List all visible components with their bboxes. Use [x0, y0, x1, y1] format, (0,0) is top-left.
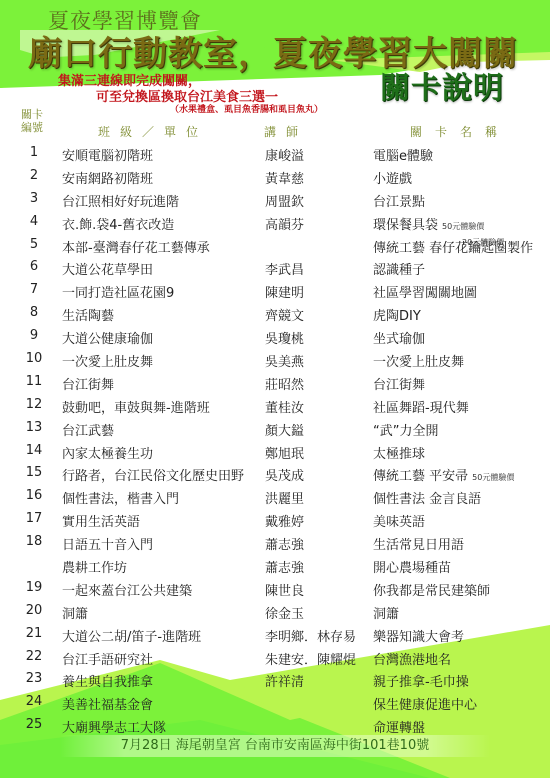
row-teacher: 戴雅婷 [265, 511, 304, 530]
table-row: 11台江街舞莊昭然台江街舞 [0, 371, 550, 394]
table-row: 農耕工作坊蕭志強開心農場種苗 [0, 554, 550, 577]
row-teacher: 蕭志強 [265, 557, 304, 576]
row-level-text: 一次愛上肚皮舞 [373, 355, 464, 370]
row-teacher: 周盟欽 [265, 191, 304, 210]
column-header-number-line2: 編號 [21, 121, 43, 134]
table-row: 16個性書法，楷書入門洪麗里個性書法 金言良語 [0, 485, 550, 508]
table-row: 12鼓動吧，車鼓與舞-進階班董桂汝社區舞蹈-現代舞 [0, 394, 550, 417]
row-level-text: 你我都是常民建築師 [373, 584, 490, 599]
row-number: 25 [22, 717, 46, 732]
table-row: 22台江手語研究社朱建安．陳耀焜台灣漁港地名 [0, 646, 550, 669]
row-teacher: 蕭志強 [265, 534, 304, 553]
table-row: 5本部-臺灣春仔花工藝傳承傳統工藝 春仔花鑰匙圈製作20元體驗價 [0, 234, 550, 257]
row-level-text: 樂器知識大會考 [373, 630, 464, 645]
table-row: 13台江武藝顏大鎰“武”力全開 [0, 417, 550, 440]
row-class: 台江街舞 [62, 374, 114, 393]
row-number: 19 [22, 580, 46, 595]
row-class: 一次愛上肚皮舞 [62, 351, 153, 370]
row-number: 15 [22, 465, 46, 480]
column-header-level: 關卡名稱 [410, 123, 510, 140]
row-level-text: 開心農場種苗 [373, 561, 451, 576]
row-teacher: 陳建明 [265, 282, 304, 301]
row-level: 親子推拿-毛巾操 [373, 671, 469, 690]
row-level: 命運轉盤 [373, 717, 425, 736]
table-row: 7一同打造社區花園9陳建明社區學習闖關地圖 [0, 279, 550, 302]
table-row: 8生活陶藝齊競文虎陶DIY [0, 302, 550, 325]
row-teacher: 康峻溢 [265, 145, 304, 164]
row-level: 洞簫 [373, 603, 399, 622]
row-level-text: 環保餐具袋 [373, 218, 438, 233]
row-level-text: 美味英語 [373, 515, 425, 530]
row-level-text: 個性書法 金言良語 [373, 492, 481, 507]
row-number: 22 [22, 649, 46, 664]
row-class: 一起來蓋台江公共建築 [62, 580, 192, 599]
row-level: 你我都是常民建築師 [373, 580, 490, 599]
row-level-text: 社區學習闖關地圖 [373, 286, 477, 301]
row-number: 3 [22, 191, 46, 206]
row-level: 坐式瑜伽 [373, 328, 425, 347]
section-title: 關卡說明 [380, 63, 504, 107]
row-level-text: 親子推拿-毛巾操 [373, 675, 469, 690]
row-level: 保生健康促進中心 [373, 694, 477, 713]
table-row: 14內家太極養生功鄭旭珉太極推球 [0, 440, 550, 463]
row-class: 鼓動吧，車鼓與舞-進階班 [62, 397, 210, 416]
table-row: 20洞簫徐金玉洞簫 [0, 600, 550, 623]
column-header-teacher: 講師 [264, 123, 308, 140]
row-teacher: 朱建安．陳耀焜 [265, 649, 356, 668]
table-row: 25大廟興學志工大隊命運轉盤 [0, 714, 550, 737]
row-number: 13 [22, 420, 46, 435]
table-row: 9大道公健康瑜伽吳瓊桃坐式瑜伽 [0, 325, 550, 348]
table-row: 1安順電腦初階班康峻溢電腦e體驗 [0, 142, 550, 165]
row-class: 台江武藝 [62, 420, 114, 439]
row-number: 24 [22, 694, 46, 709]
row-level-text: 保生健康促進中心 [373, 698, 477, 713]
row-level-text: 台江街舞 [373, 378, 425, 393]
table-row: 4衣.飾.袋4-舊衣改造高韻芬環保餐具袋50元體驗價 [0, 211, 550, 234]
row-teacher: 陳世良 [265, 580, 304, 599]
row-class: 大道公二胡/笛子-進階班 [62, 626, 201, 645]
table-row: 21大道公二胡/笛子-進階班李明鄉．林存易樂器知識大會考 [0, 623, 550, 646]
row-number: 8 [22, 305, 46, 320]
row-number: 10 [22, 351, 46, 366]
row-class: 養生與自我推拿 [62, 671, 153, 690]
row-level: 一次愛上肚皮舞 [373, 351, 464, 370]
row-number: 21 [22, 626, 46, 641]
table-row: 3台江照相好好玩進階周盟欽台江景點 [0, 188, 550, 211]
row-level-text: 生活常見日用語 [373, 538, 464, 553]
row-level: “武”力全開 [373, 420, 438, 439]
row-level-text: 認識種子 [373, 263, 425, 278]
row-number: 14 [22, 443, 46, 458]
row-level-text: 太極推球 [373, 447, 425, 462]
row-level: 社區舞蹈-現代舞 [373, 397, 469, 416]
row-level-text: 傳統工藝 春仔花鑰匙圈製作 [373, 241, 533, 256]
promo-line-3: （水果禮盒、虱目魚香腸和虱目魚丸） [170, 102, 323, 115]
row-teacher: 鄭旭珉 [265, 443, 304, 462]
row-level: 樂器知識大會考 [373, 626, 464, 645]
row-level-text: 台江景點 [373, 195, 425, 210]
row-class: 行路者，台江民俗文化歷史田野 [62, 465, 244, 484]
row-level-text: 小遊戲 [373, 172, 412, 187]
row-level: 認識種子 [373, 259, 425, 278]
row-teacher: 高韻芬 [265, 214, 304, 233]
row-level-text: 台灣漁港地名 [373, 653, 451, 668]
row-number: 4 [22, 214, 46, 229]
row-number: 2 [22, 168, 46, 183]
row-number: 7 [22, 282, 46, 297]
row-level-text: 傳統工藝 平安帚 [373, 469, 468, 484]
row-teacher: 齊競文 [265, 305, 304, 324]
row-number: 23 [22, 671, 46, 686]
row-class: 農耕工作坊 [62, 557, 127, 576]
table-row: 24美善社福基金會保生健康促進中心 [0, 691, 550, 714]
row-teacher: 洪麗里 [265, 488, 304, 507]
row-level: 虎陶DIY [373, 305, 421, 324]
row-number: 6 [22, 259, 46, 274]
column-header-number: 關卡 編號 [21, 108, 43, 134]
row-class: 大廟興學志工大隊 [62, 717, 166, 736]
table-row: 10一次愛上肚皮舞吳美燕一次愛上肚皮舞 [0, 348, 550, 371]
row-level-text: 虎陶DIY [373, 309, 421, 324]
row-class: 生活陶藝 [62, 305, 114, 324]
row-class: 衣.飾.袋4-舊衣改造 [62, 214, 174, 233]
row-teacher: 李明鄉．林存易 [265, 626, 356, 645]
row-level: 傳統工藝 春仔花鑰匙圈製作 [373, 237, 533, 256]
row-class: 實用生活英語 [62, 511, 140, 530]
row-class: 一同打造社區花園9 [62, 282, 174, 301]
row-level: 傳統工藝 平安帚50元體驗價 [373, 465, 514, 484]
row-number: 11 [22, 374, 46, 389]
row-number: 5 [22, 237, 46, 252]
table-row: 15行路者，台江民俗文化歷史田野吳茂成傳統工藝 平安帚50元體驗價 [0, 462, 550, 485]
row-level-text: 洞簫 [373, 607, 399, 622]
row-class: 本部-臺灣春仔花工藝傳承 [62, 237, 210, 256]
row-teacher: 吳茂成 [265, 465, 304, 484]
table-row: 23養生與自我推拿許祥清親子推拿-毛巾操 [0, 668, 550, 691]
table-row: 18日語五十音入門蕭志強生活常見日用語 [0, 531, 550, 554]
price-note: 20元體驗價 [462, 237, 504, 248]
row-teacher: 吳美燕 [265, 351, 304, 370]
row-level: 個性書法 金言良語 [373, 488, 481, 507]
row-teacher: 黃韋慈 [265, 168, 304, 187]
table-row: 19一起來蓋台江公共建築陳世良你我都是常民建築師 [0, 577, 550, 600]
row-level: 開心農場種苗 [373, 557, 451, 576]
row-class: 台江照相好好玩進階 [62, 191, 179, 210]
row-level-text: 坐式瑜伽 [373, 332, 425, 347]
table-row: 17實用生活英語戴雅婷美味英語 [0, 508, 550, 531]
row-level: 電腦e體驗 [373, 145, 433, 164]
row-teacher: 李武昌 [265, 259, 304, 278]
row-level: 台江街舞 [373, 374, 425, 393]
row-number: 1 [22, 145, 46, 160]
column-header-number-line1: 關卡 [21, 108, 43, 121]
row-number: 20 [22, 603, 46, 618]
row-level: 台江景點 [373, 191, 425, 210]
row-number: 17 [22, 511, 46, 526]
row-level-text: “武”力全開 [373, 424, 438, 439]
row-class: 洞簫 [62, 603, 88, 622]
row-level: 環保餐具袋50元體驗價 [373, 214, 484, 233]
row-class: 台江手語研究社 [62, 649, 153, 668]
row-class: 安順電腦初階班 [62, 145, 153, 164]
event-date-location: 7月28日 海尾朝皇宮 台南市安南區海中街101巷10號 [60, 735, 490, 757]
level-table: 1安順電腦初階班康峻溢電腦e體驗 2安南網路初階班黃韋慈小遊戲 3台江照相好好玩… [0, 142, 550, 737]
price-note: 50元體驗價 [472, 473, 514, 482]
table-row: 2安南網路初階班黃韋慈小遊戲 [0, 165, 550, 188]
column-header-class: 班級／單位 [98, 123, 208, 140]
row-teacher: 顏大鎰 [265, 420, 304, 439]
row-class: 日語五十音入門 [62, 534, 153, 553]
row-class: 個性書法，楷書入門 [62, 488, 179, 507]
row-class: 安南網路初階班 [62, 168, 153, 187]
row-number: 9 [22, 328, 46, 343]
row-number: 12 [22, 397, 46, 412]
row-teacher: 莊昭然 [265, 374, 304, 393]
row-level: 台灣漁港地名 [373, 649, 451, 668]
row-number: 16 [22, 488, 46, 503]
table-row: 6大道公花草學田李武昌認識種子 [0, 256, 550, 279]
row-teacher: 許祥清 [265, 671, 304, 690]
row-level: 太極推球 [373, 443, 425, 462]
row-class: 內家太極養生功 [62, 443, 153, 462]
row-level: 美味英語 [373, 511, 425, 530]
row-class: 大道公花草學田 [62, 259, 153, 278]
row-class: 美善社福基金會 [62, 694, 153, 713]
row-level-text: 社區舞蹈-現代舞 [373, 401, 469, 416]
row-teacher: 董桂汝 [265, 397, 304, 416]
row-level: 生活常見日用語 [373, 534, 464, 553]
row-level: 社區學習闖關地圖 [373, 282, 477, 301]
row-number: 18 [22, 534, 46, 549]
price-note: 50元體驗價 [442, 222, 484, 231]
row-teacher: 徐金玉 [265, 603, 304, 622]
row-level-text: 電腦e體驗 [373, 149, 433, 164]
row-level: 小遊戲 [373, 168, 412, 187]
row-class: 大道公健康瑜伽 [62, 328, 153, 347]
row-teacher: 吳瓊桃 [265, 328, 304, 347]
poster: 夏夜學習博覽會 廟口行動教室，夏夜學習大闖關 集滿三連線即完成闖關， 可至兌換區… [0, 0, 550, 778]
